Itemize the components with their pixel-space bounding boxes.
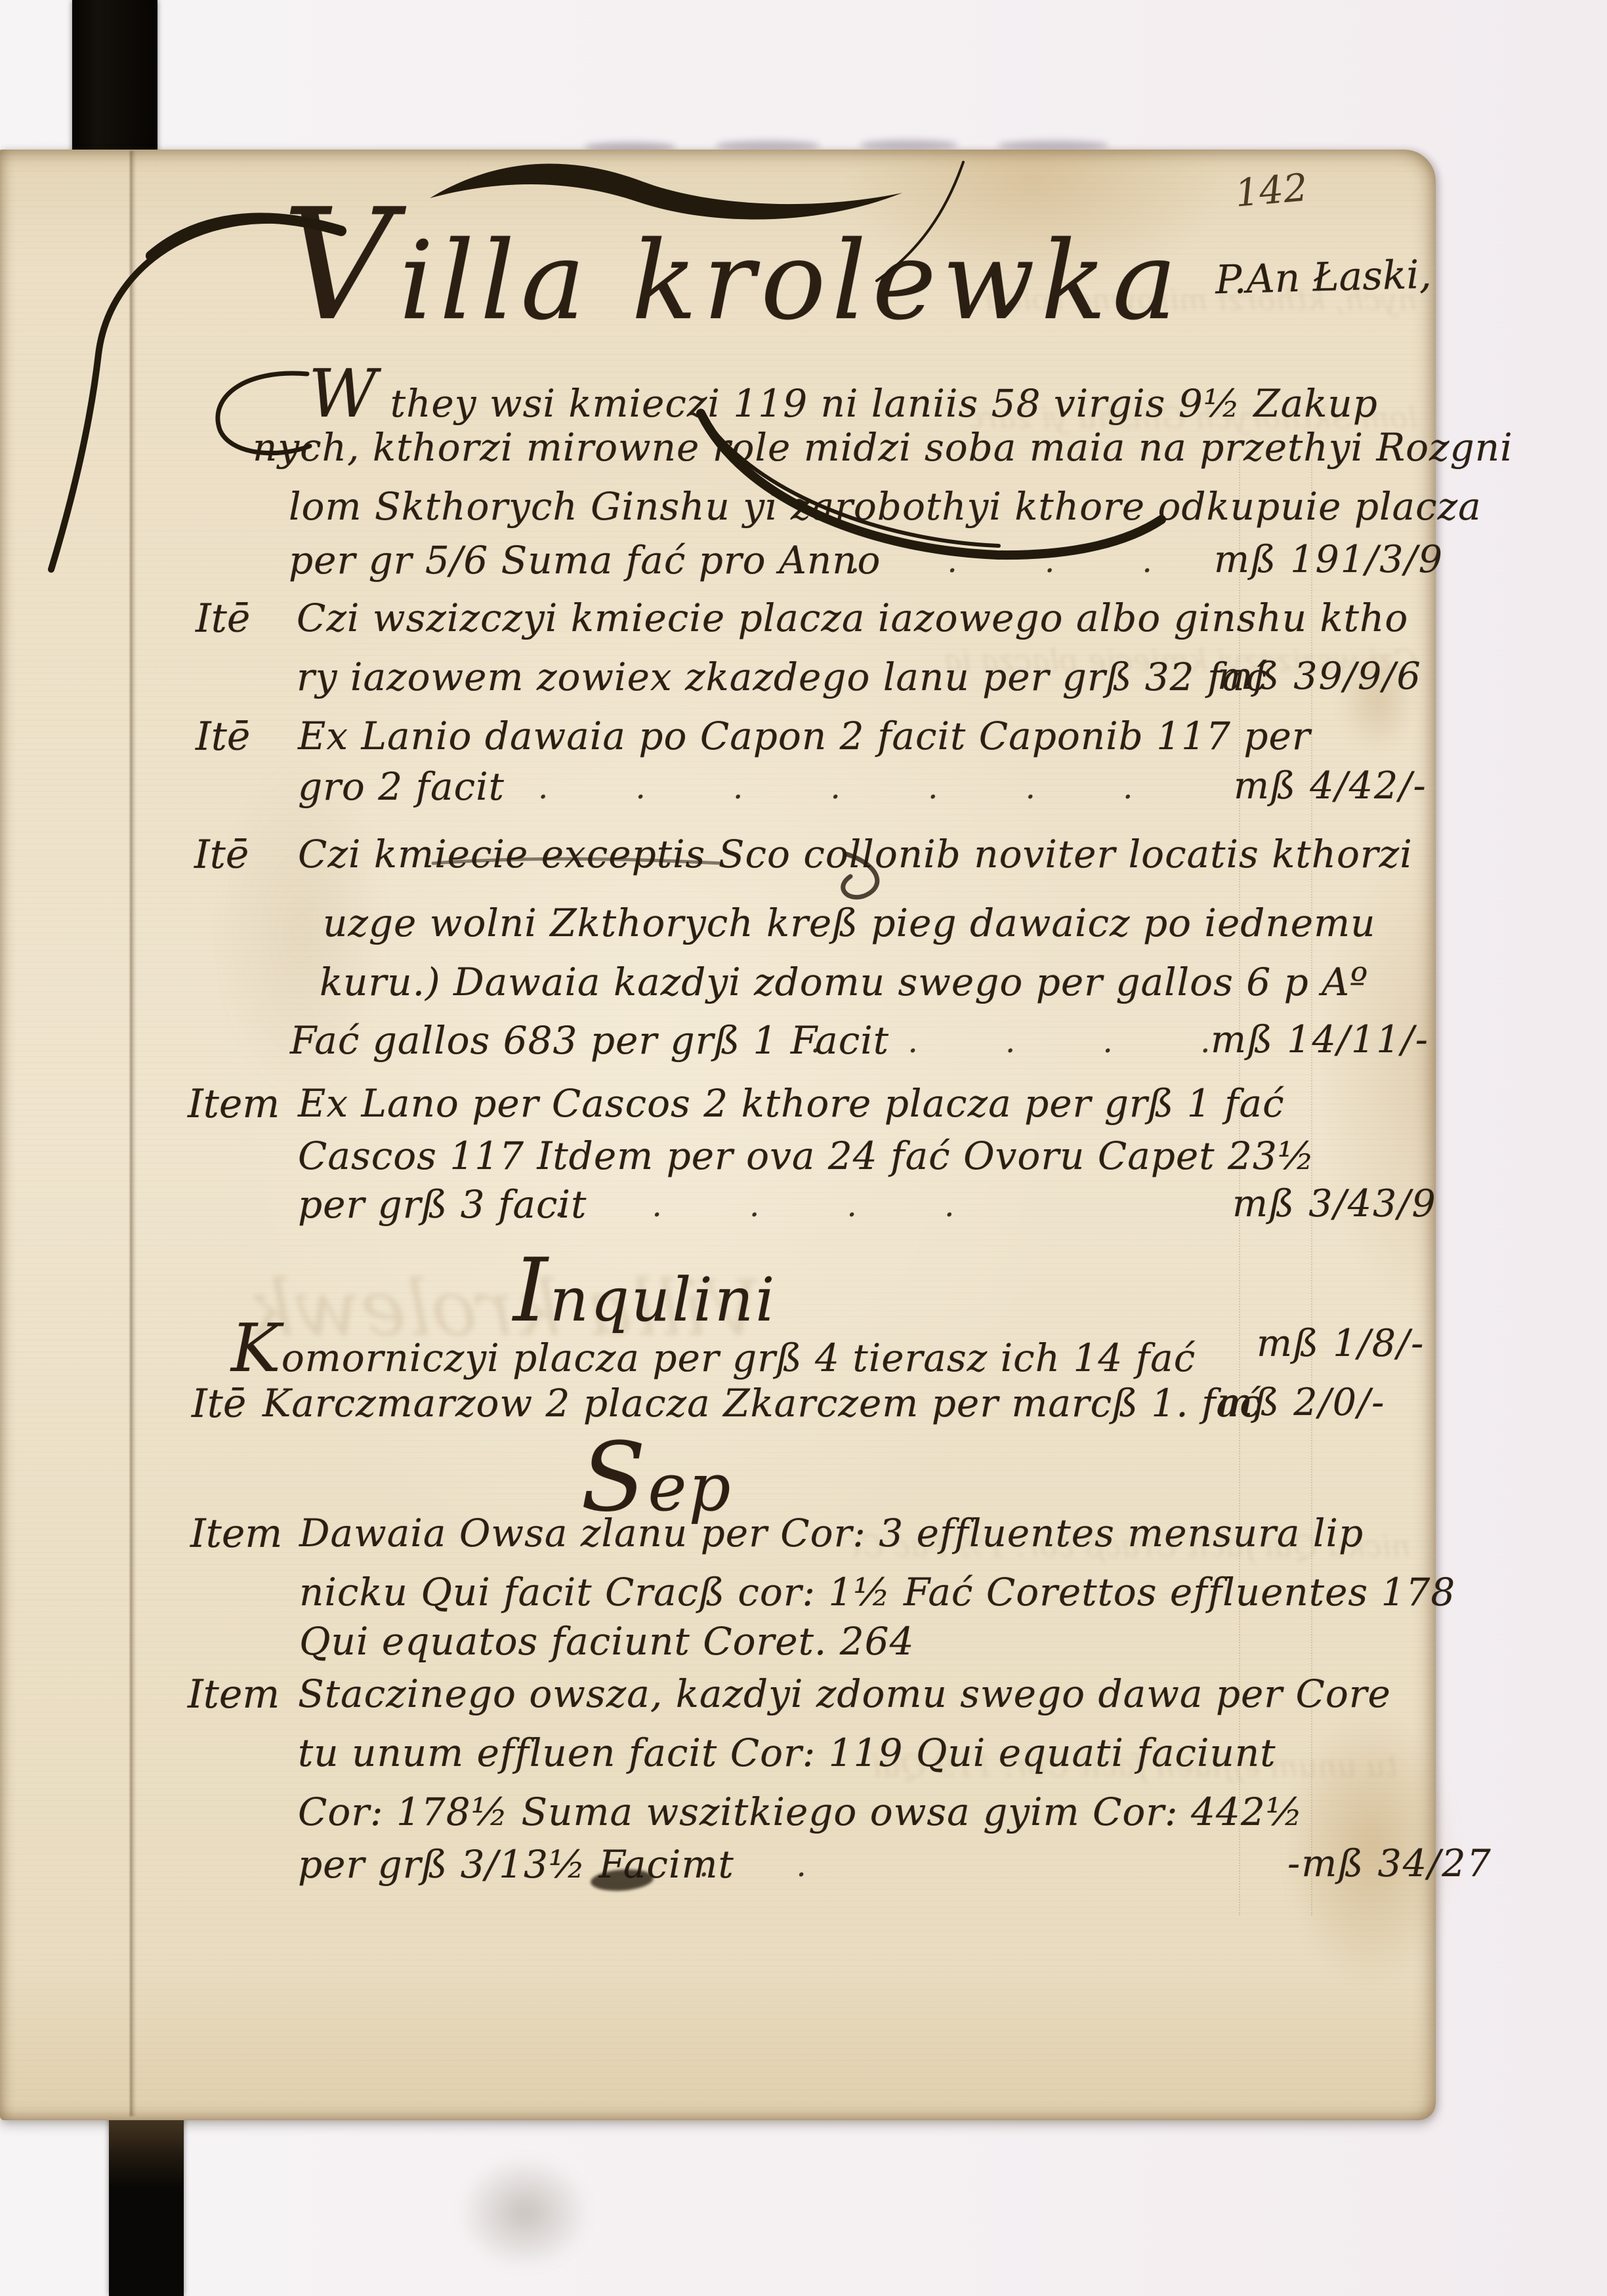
binding-ribbon-bottom [109, 2115, 184, 2296]
manuscript-line: W they wsi kmieczi 119 ni laniis 58 virg… [0, 367, 1607, 426]
manuscript-line: ItemStaczinego owsza, kazdyi zdomu swego… [0, 1671, 1607, 1731]
line-text: Cascos 117 Itdem per ova 24 fać Ovoru Ca… [298, 1134, 1315, 1178]
manuscript-line: ItēCzi wszizczyi kmiecie placza iazowego… [0, 596, 1607, 655]
line-text: Karczmarzow 2 placza Zkarczem per marcß … [262, 1381, 1262, 1425]
line-text: Qui equatos faciunt Coret. 264 [299, 1619, 914, 1664]
line-text: Staczinego owsza, kazdyi zdomu swego daw… [298, 1671, 1391, 1716]
line-text: Fać gallos 683 per grß 1 Facit [290, 1018, 889, 1063]
manuscript-line: ItēKarczmarzow 2 placza Zkarczem per mar… [0, 1381, 1607, 1440]
item-marker: Itē [194, 832, 249, 878]
line-text: ry iazowem zowiex zkazdego lanu per grß … [297, 655, 1268, 699]
manuscript-line: Cor: 178½ Suma wszitkiego owsa gyim Cor:… [0, 1790, 1607, 1849]
manuscript-line: uzge wolni Zkthorych kreß pieg dawaicz p… [0, 901, 1607, 960]
manuscript-line: per grß 3 facit. . . . .mß 3/43/9 [0, 1182, 1607, 1241]
page-title: Villa krolewka [282, 209, 1183, 344]
line-text: uzge wolni Zkthorych kreß pieg dawaicz p… [323, 901, 1375, 945]
manuscript-line: kuru.) Dawaia kazdyi zdomu swego per gal… [0, 960, 1607, 1019]
manuscript-line: nych, kthorzi mirowne role midzi soba ma… [0, 425, 1607, 484]
leader-dots: . . . . . . . [538, 769, 1133, 806]
line-text: Czi wszizczyi kmiecie placza iazowego al… [297, 596, 1408, 640]
manuscript-scan: nych, kthorzi mirowne role midzi soba ma… [0, 0, 1607, 2296]
binding-ribbon-top [72, 0, 157, 155]
line-text: Czi kmiecie exceptis Sco collonib novite… [298, 832, 1413, 876]
line-text: Dawaia Owsa zlanu per Cor: 3 effluentes … [299, 1511, 1364, 1555]
age-stain [459, 2157, 591, 2268]
line-amount: mß 39/9/6 [1217, 655, 1422, 698]
leader-dots: . . . . [850, 543, 1152, 580]
manuscript-line: ItemDawaia Owsa zlanu per Cor: 3 effluen… [0, 1511, 1607, 1570]
line-text: W they wsi kmieczi 119 ni laniis 58 virg… [308, 367, 1378, 426]
line-text: Komorniczyi placza per grß 4 tierasz ich… [231, 1322, 1196, 1380]
manuscript-line: per gr 5/6 Suma fać pro Anno. . . .mß 19… [0, 538, 1607, 597]
line-text: tu unum effluen facit Cor: 119 Qui equat… [298, 1731, 1276, 1775]
line-text: lom Skthorych Ginshu yi zarobothyi kthor… [289, 484, 1482, 529]
manuscript-line: per grß 3/13½ Facimt. .-mß 34/27 [0, 1842, 1607, 1901]
manuscript-line: ItēCzi kmiecie exceptis Sco collonib nov… [0, 832, 1607, 891]
line-text: Ex Lanio dawaia po Capon 2 facit Caponib… [298, 714, 1311, 758]
item-marker: Itē [196, 714, 250, 760]
line-text: nych, kthorzi mirowne role midzi soba ma… [253, 425, 1513, 470]
owner-annotation: P.An Łaski, [1215, 252, 1432, 304]
item-marker: Item [190, 1511, 282, 1557]
line-amount: mß 3/43/9 [1232, 1182, 1437, 1225]
manuscript-line: lom Skthorych Ginshu yi zarobothyi kthor… [0, 484, 1607, 543]
line-amount: mß 1/8/- [1257, 1322, 1425, 1365]
line-text: Cor: 178½ Suma wszitkiego owsa gyim Cor:… [298, 1790, 1303, 1834]
line-text: gro 2 facit [298, 764, 505, 809]
line-text: per grß 3/13½ Facimt [298, 1842, 734, 1887]
manuscript-line: Qui equatos faciunt Coret. 264 [0, 1619, 1607, 1678]
manuscript-line: tu unum effluen facit Cor: 119 Qui equat… [0, 1731, 1607, 1790]
line-amount: mß 191/3/9 [1214, 538, 1444, 581]
line-text: nicku Qui facit Cracß cor: 1½ Fać Corett… [299, 1570, 1455, 1614]
item-marker: Itē [192, 1381, 246, 1427]
leader-dots: . . [699, 1847, 806, 1884]
line-amount: mß 4/42/- [1234, 764, 1427, 808]
item-marker: Item [188, 1081, 280, 1127]
folio-number: 142 [1233, 165, 1309, 215]
line-text: per grß 3 facit [298, 1182, 587, 1227]
page-edge-shadow [860, 140, 958, 150]
manuscript-line: ry iazowem zowiex zkazdego lanu per grß … [0, 655, 1607, 714]
manuscript-line: Komorniczyi placza per grß 4 tierasz ich… [0, 1322, 1607, 1381]
manuscript-line: Fać gallos 683 per grß 1 Facit. . . . .m… [0, 1018, 1607, 1077]
leader-dots: . . . . . [810, 1023, 1210, 1060]
item-marker: Itē [196, 596, 250, 642]
item-marker: Item [188, 1671, 280, 1717]
line-text: per gr 5/6 Suma fać pro Anno [289, 538, 881, 583]
line-amount: -mß 34/27 [1287, 1842, 1492, 1885]
manuscript-line: gro 2 facit. . . . . . .mß 4/42/- [0, 764, 1607, 823]
line-amount: mß 14/11/- [1211, 1018, 1429, 1061]
line-amount: mß 2/0/- [1217, 1381, 1385, 1424]
line-text: kuru.) Dawaia kazdyi zdomu swego per gal… [320, 960, 1368, 1004]
manuscript-line: ItemEx Lano per Cascos 2 kthore placza p… [0, 1081, 1607, 1140]
line-text: Ex Lano per Cascos 2 kthore placza per g… [298, 1081, 1285, 1126]
leader-dots: . . . . . [554, 1187, 954, 1224]
